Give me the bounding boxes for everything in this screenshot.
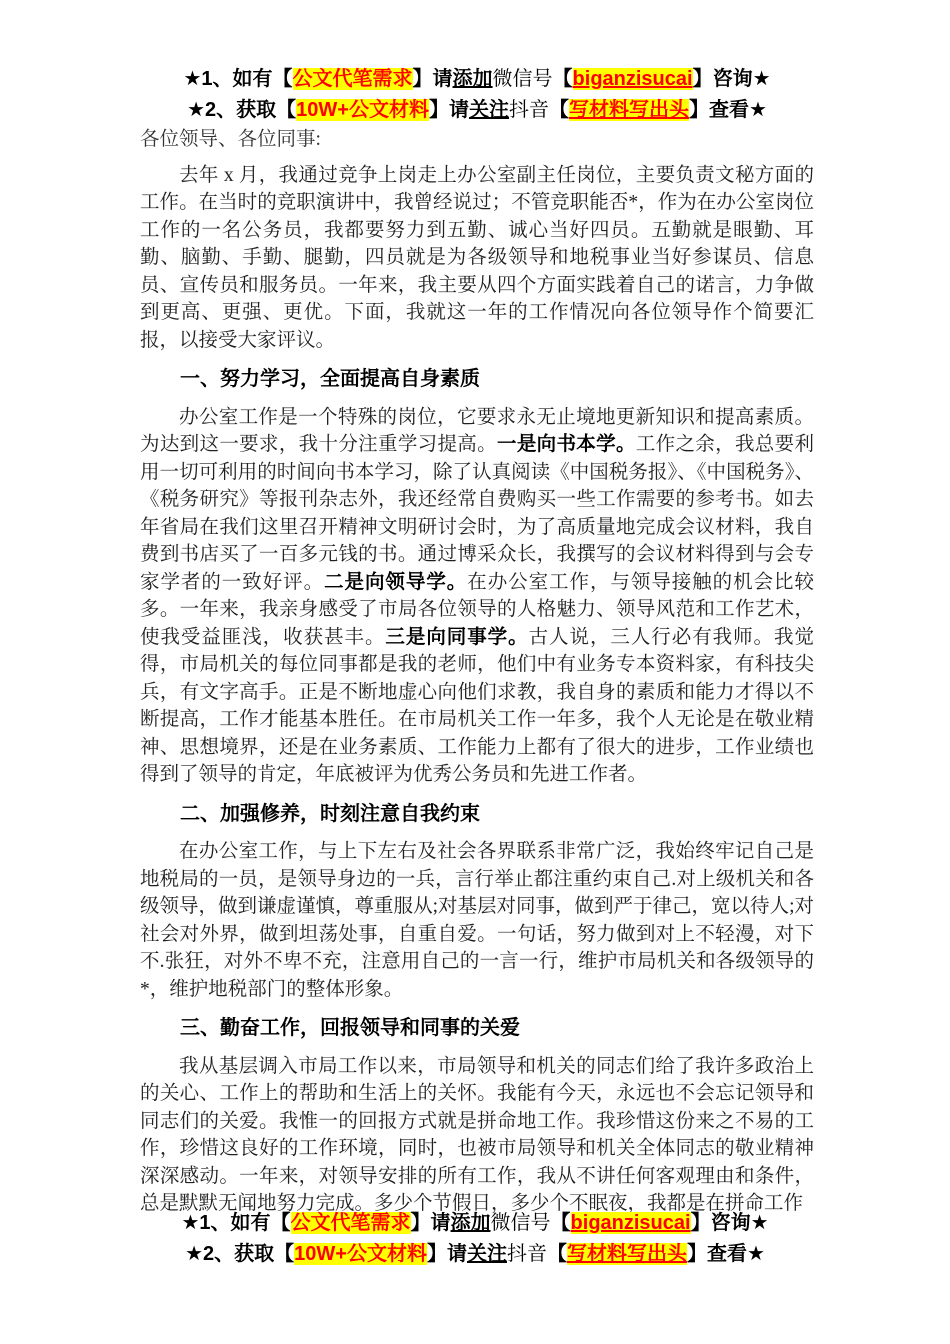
text-segment: 】咨询★ xyxy=(691,1212,769,1234)
notice-footer-line-2: ★2、获取【10W+公文材料】请关注抖音【写材料写出头】查看★ xyxy=(0,1239,950,1270)
notice-footer: ★1、如有【公文代笔需求】请添加微信号【biganzisucai】咨询★ ★2、… xyxy=(0,1208,950,1270)
text-segment: 】请 xyxy=(411,1212,451,1234)
text-segment: ★1、如有【 xyxy=(181,1212,290,1234)
notice-footer-line-1: ★1、如有【公文代笔需求】请添加微信号【biganzisucai】咨询★ xyxy=(0,1208,950,1239)
text-segment: ★2、获取【 xyxy=(185,1243,294,1265)
text-segment: 添加 xyxy=(451,1212,491,1234)
text-segment: 【 xyxy=(551,1212,571,1234)
text-segment: 公文代笔需求 xyxy=(291,1212,411,1234)
section-1-heading: 一、努力学习，全面提高自身素质 xyxy=(140,366,814,394)
section-2-paragraph: 在办公室工作，与上下左右及社会各界联系非常广泛，我始终牢记自己是地税局的一员，是… xyxy=(140,838,814,1003)
text-segment: 在办公室工作，与上下左右及社会各界联系非常广泛，我始终牢记自己是地税局的一员，是… xyxy=(140,841,814,1000)
text-segment: 10W+公文材料 xyxy=(294,1243,427,1265)
text-segment: ★1、如有【 xyxy=(183,68,292,90)
text-segment: 关注 xyxy=(469,99,509,121)
text-segment: 抖音 xyxy=(507,1243,547,1265)
text-segment: 【 xyxy=(553,68,573,90)
text-segment: 【 xyxy=(547,1243,567,1265)
section-3-paragraph: 我从基层调入市局工作以来，市局领导和机关的同志们给了我许多政治上的关心、工作上的… xyxy=(140,1053,814,1218)
text-segment: 关注 xyxy=(467,1243,507,1265)
text-segment: 我从基层调入市局工作以来，市局领导和机关的同志们给了我许多政治上的关心、工作上的… xyxy=(140,1056,814,1215)
text-segment: 写材料写出头 xyxy=(567,1243,687,1265)
text-segment: 古人说，三人行必有我师。我觉得，市局机关的每位同事都是我的老师，他们中有业务专本… xyxy=(140,627,814,786)
text-segment: 二是向领导学。 xyxy=(324,571,467,593)
salutation: 各位领导、各位同事: xyxy=(140,126,814,154)
notice-header-line-2: ★2、获取【10W+公文材料】请关注抖音【写材料写出头】查看★ xyxy=(140,95,814,126)
text-segment: 一是向书本学。 xyxy=(497,433,636,455)
intro-paragraph: 去年 x 月，我通过竞争上岗走上办公室副主任岗位，主要负责文秘方面的工作。在当时… xyxy=(140,162,814,355)
text-segment: 三是向同事学。 xyxy=(385,626,528,648)
section-1-paragraph: 办公室工作是一个特殊的岗位，它要求永无止境地更新知识和提高素质。为达到这一要求，… xyxy=(140,404,814,789)
text-segment: 【 xyxy=(549,99,569,121)
text-segment: 】请 xyxy=(413,68,453,90)
text-segment: ★2、获取【 xyxy=(187,99,296,121)
notice-header-line-1: ★1、如有【公文代笔需求】请添加微信号【biganzisucai】咨询★ xyxy=(140,64,814,95)
text-segment: 】请 xyxy=(429,99,469,121)
section-2-heading: 二、加强修养，时刻注意自我约束 xyxy=(140,801,814,829)
text-segment: 工作之余，我总要利用一切可利用的时间向书本学习，除了认真阅读《中国税务报》、《中… xyxy=(140,434,814,593)
text-segment: 微信号 xyxy=(491,1212,551,1234)
text-segment: biganzisucai xyxy=(573,68,693,90)
text-segment: 】请 xyxy=(427,1243,467,1265)
text-segment: 微信号 xyxy=(493,68,553,90)
text-segment: 公文代笔需求 xyxy=(293,68,413,90)
text-segment: 】咨询★ xyxy=(693,68,771,90)
text-segment: 写材料写出头 xyxy=(569,99,689,121)
text-segment: 】查看★ xyxy=(687,1243,765,1265)
text-segment: 】查看★ xyxy=(689,99,767,121)
text-segment: 添加 xyxy=(453,68,493,90)
text-segment: 去年 x 月，我通过竞争上岗走上办公室副主任岗位，主要负责文秘方面的工作。在当时… xyxy=(140,165,814,351)
notice-header: ★1、如有【公文代笔需求】请添加微信号【biganzisucai】咨询★ ★2、… xyxy=(140,64,814,126)
text-segment: 抖音 xyxy=(509,99,549,121)
text-segment: biganzisucai xyxy=(571,1212,691,1234)
section-3-heading: 三、勤奋工作，回报领导和同事的关爱 xyxy=(140,1015,814,1043)
document-page: ★1、如有【公文代笔需求】请添加微信号【biganzisucai】咨询★ ★2、… xyxy=(0,0,950,1344)
text-segment: 10W+公文材料 xyxy=(296,99,429,121)
